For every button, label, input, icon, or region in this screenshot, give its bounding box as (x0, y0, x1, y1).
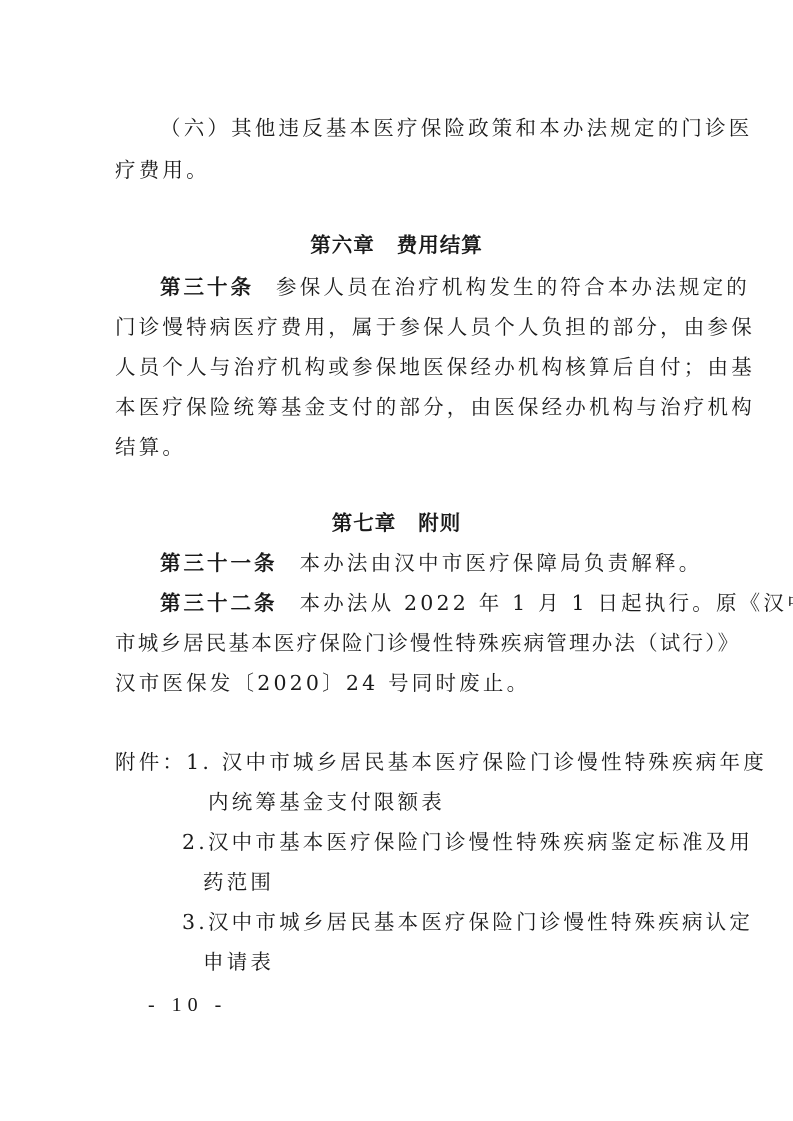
chapter-7-heading: 第七章附则 (0, 511, 793, 535)
attachment-3-line2: 申请表 (203, 950, 793, 974)
article-31-label: 第三十一条 (160, 551, 278, 575)
article-32-line1: 第三十二条本办法从 2022 年 1 月 1 日起执行。原《汉中 (160, 591, 752, 615)
article-30-line5: 结算。 (115, 435, 707, 459)
attachment-3-line1: 3.汉中市城乡居民基本医疗保险门诊慢性特殊疾病认定 (182, 910, 774, 934)
attachment-2-number: 2. (182, 830, 208, 854)
article-30-line2: 门诊慢特病医疗费用，属于参保人员个人负担的部分，由参保 (115, 315, 707, 339)
attachment-2-line2: 药范围 (203, 870, 793, 894)
attachment-3-title: 汉中市城乡居民基本医疗保险门诊慢性特殊疾病认定 (208, 910, 753, 934)
article-31-text: 本办法由汉中市医疗保障局负责解释。 (300, 551, 703, 575)
attachment-1-line2: 内统筹基金支付限额表 (208, 790, 793, 814)
chapter-7-number: 第七章 (332, 511, 397, 535)
attachment-1-title: 汉中市城乡居民基本医疗保险门诊慢性特殊疾病年度 (222, 750, 767, 774)
chapter-6-title: 费用结算 (397, 233, 483, 257)
para-6-line2: 疗费用。 (115, 158, 707, 182)
article-32-line2: 市城乡居民基本医疗保险门诊慢性特殊疾病管理办法（试行）》 (115, 631, 707, 655)
attachments-label: 附件： (115, 750, 186, 774)
attachment-2-line1: 2.汉中市基本医疗保险门诊慢性特殊疾病鉴定标准及用 (182, 830, 774, 854)
article-31: 第三十一条本办法由汉中市医疗保障局负责解释。 (160, 551, 752, 575)
article-32-label: 第三十二条 (160, 591, 278, 615)
article-32-text: 本办法从 2022 年 1 月 1 日起执行。原《汉中 (300, 591, 793, 615)
article-30-line3: 人员个人与治疗机构或参保地医保经办机构核算后自付；由基 (115, 355, 707, 379)
chapter-7-title: 附则 (418, 511, 461, 535)
chapter-6-number: 第六章 (310, 233, 375, 257)
article-30-text: 参保人员在治疗机构发生的符合本办法规定的 (276, 275, 750, 299)
chapter-6-heading: 第六章费用结算 (0, 233, 793, 257)
page-number: - 10 - (148, 994, 227, 1017)
attachment-1-line1: 附件：1. 汉中市城乡居民基本医疗保险门诊慢性特殊疾病年度 (115, 750, 707, 774)
article-30-line4: 本医疗保险统筹基金支付的部分，由医保经办机构与治疗机构 (115, 395, 707, 419)
attachment-3-number: 3. (182, 910, 208, 934)
para-6-line1: （六）其他违反基本医疗保险政策和本办法规定的门诊医 (160, 116, 752, 140)
article-32-line3: 汉市医保发〔2020〕24 号同时废止。 (115, 671, 707, 695)
attachment-2-title: 汉中市基本医疗保险门诊慢性特殊疾病鉴定标准及用 (208, 830, 753, 854)
article-30-label: 第三十条 (160, 275, 254, 299)
article-30-line1: 第三十条参保人员在治疗机构发生的符合本办法规定的 (160, 275, 752, 299)
attachment-1-number: 1. (186, 750, 212, 774)
